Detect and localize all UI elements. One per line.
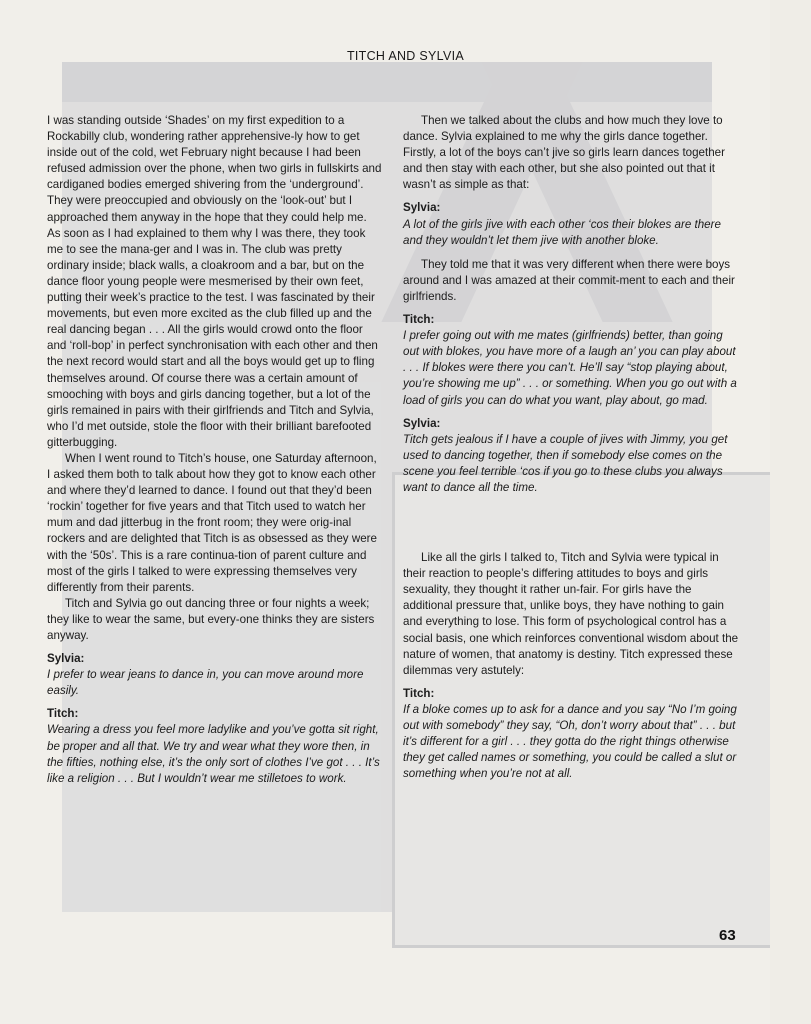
interview-quote: If a bloke comes up to ask for a dance a…: [403, 702, 740, 782]
speaker-label: Titch:: [403, 686, 740, 702]
left-column: I was standing outside ‘Shades’ on my fi…: [47, 113, 382, 787]
interview-quote: I prefer going out with me mates (girlfr…: [403, 328, 740, 408]
show-through-band: [62, 62, 712, 102]
interview-quote: I prefer to wear jeans to dance in, you …: [47, 667, 382, 699]
paragraph: Like all the girls I talked to, Titch an…: [403, 550, 740, 679]
paragraph: I was standing outside ‘Shades’ on my fi…: [47, 113, 382, 451]
speaker-label: Sylvia:: [403, 200, 740, 216]
right-column: Then we talked about the clubs and how m…: [403, 113, 740, 782]
paragraph: They told me that it was very different …: [403, 257, 740, 305]
paragraph: Then we talked about the clubs and how m…: [403, 113, 740, 193]
page-edge: [770, 0, 811, 1024]
speaker-label: Sylvia:: [403, 416, 740, 432]
interview-quote: Wearing a dress you feel more ladylike a…: [47, 722, 382, 786]
paragraph: Titch and Sylvia go out dancing three or…: [47, 596, 382, 644]
speaker-label: Titch:: [47, 706, 382, 722]
speaker-label: Sylvia:: [47, 651, 382, 667]
interview-quote: Titch gets jealous if I have a couple of…: [403, 432, 740, 496]
paragraph: When I went round to Titch’s house, one …: [47, 451, 382, 596]
interview-quote: A lot of the girls jive with each other …: [403, 217, 740, 249]
page-number: 63: [719, 927, 736, 944]
page-title: TITCH AND SYLVIA: [0, 49, 811, 63]
speaker-label: Titch:: [403, 312, 740, 328]
